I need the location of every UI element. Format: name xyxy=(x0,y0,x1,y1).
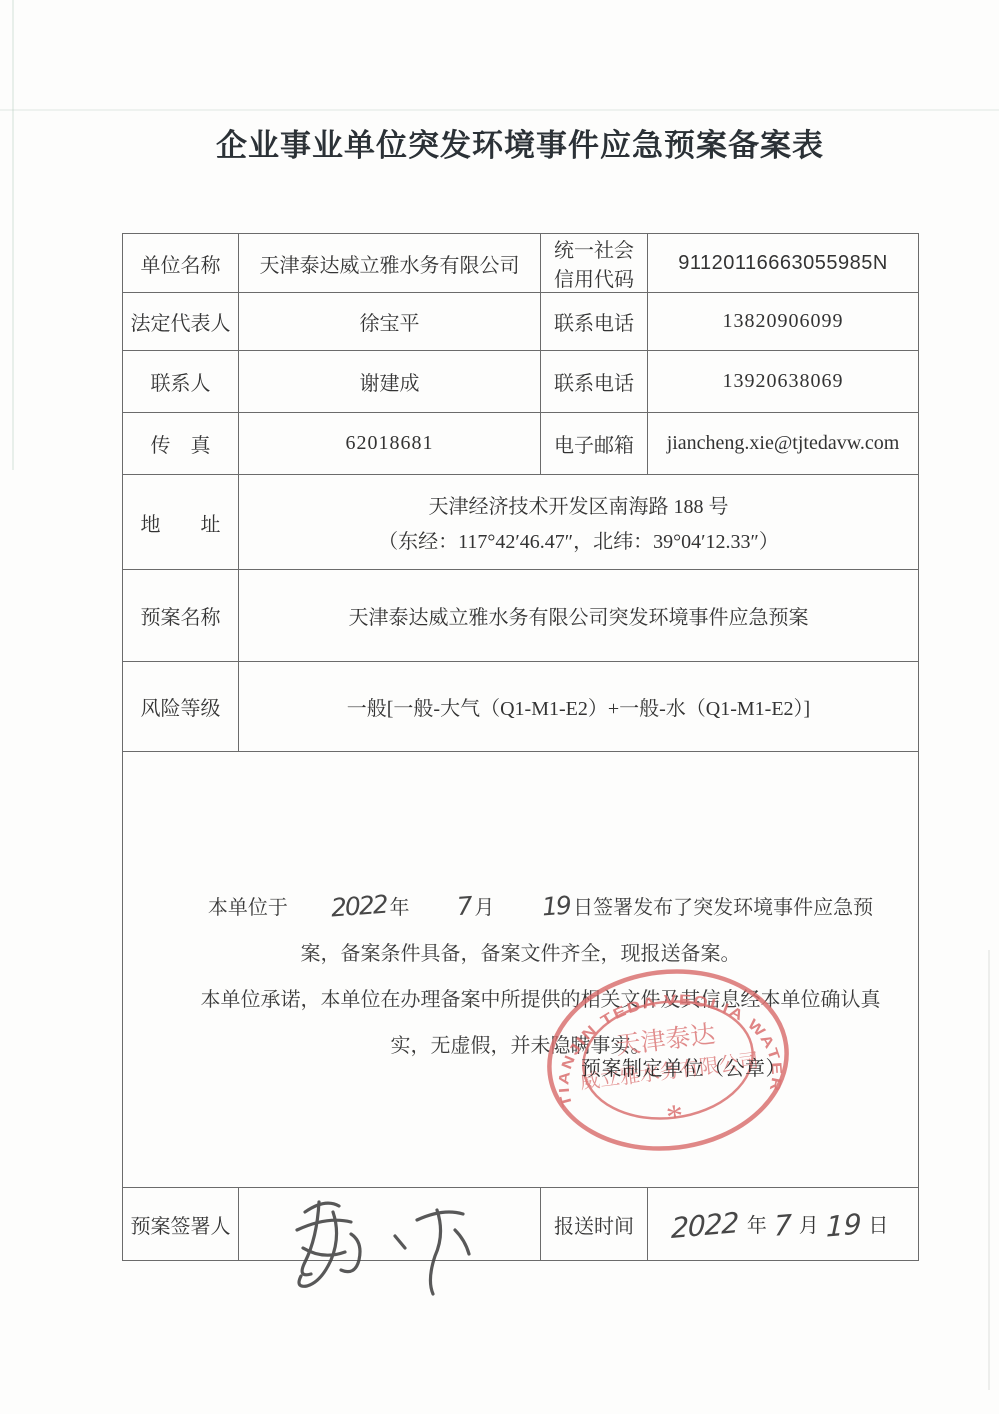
address-line2: （东经：117°42′46.47″，北纬：39°04′12.33″） xyxy=(243,525,914,554)
scan-edge-artifact-right xyxy=(988,950,990,1390)
declaration-cell: 本单位于2022年 7月 19日签署发布了突发环境事件应急预案，备案条件具备，备… xyxy=(123,752,919,1188)
risk-level-value: 一般[一般-大气（Q1-M1-E2）+一般-水（Q1-M1-E2）] xyxy=(239,662,919,752)
handwritten-day: 19 xyxy=(502,892,571,922)
fax-value: 62018681 xyxy=(239,413,541,475)
scan-fold-artifact-top xyxy=(0,109,999,111)
year-unit: 年 xyxy=(747,1215,767,1237)
table-row: 单位名称 天津泰达威立雅水务有限公司 统一社会信用代码 911201166630… xyxy=(123,234,919,293)
table-row: 地 址 天津经济技术开发区南海路 188 号 （东经：117°42′46.47″… xyxy=(123,475,919,570)
plan-name-label: 预案名称 xyxy=(123,570,239,662)
day-unit: 日 xyxy=(573,897,593,919)
table-row: 本单位于2022年 7月 19日签署发布了突发环境事件应急预案，备案条件具备，备… xyxy=(123,752,919,1188)
seal-caption: 预案制定单位（公章） xyxy=(581,1052,786,1081)
handwritten-signature-icon xyxy=(267,1190,517,1300)
handwritten-year: 2022 xyxy=(290,891,387,923)
credit-code-label: 统一社会信用代码 xyxy=(541,234,648,293)
table-row: 预案名称 天津泰达威立雅水务有限公司突发环境事件应急预案 xyxy=(123,570,919,662)
scan-edge-artifact-left xyxy=(12,0,14,470)
handwritten-month: 7 xyxy=(774,1211,792,1241)
risk-level-label: 风险等级 xyxy=(123,662,239,752)
phone-value-1: 13820906099 xyxy=(648,293,919,351)
legal-rep-value: 徐宝平 xyxy=(239,293,541,351)
seal-star-icon: * xyxy=(664,1098,685,1137)
handwritten-month: 7 xyxy=(417,893,473,922)
declaration-paragraph-2: 本单位承诺，本单位在办理备案中所提供的相关文件及其信息经本单位确认真实，无虚假，… xyxy=(127,977,914,1069)
address-line1: 天津经济技术开发区南海路 188 号 xyxy=(243,490,914,519)
declaration-text: 本单位于 xyxy=(208,897,288,919)
email-value: jiancheng.xie@tjtedavw.com xyxy=(648,413,919,475)
phone-label-1: 联系电话 xyxy=(541,293,648,351)
fax-label: 传 真 xyxy=(123,413,239,475)
email-label: 电子邮箱 xyxy=(541,413,648,475)
filing-form-table: 单位名称 天津泰达威立雅水务有限公司 统一社会信用代码 911201166630… xyxy=(122,233,919,1261)
submit-time-label: 报送时间 xyxy=(541,1188,648,1261)
day-unit: 日 xyxy=(868,1215,888,1237)
year-unit: 年 xyxy=(389,897,409,919)
credit-code-value: 91120116663055985N xyxy=(648,234,919,293)
table-row: 联系人 谢建成 联系电话 13920638069 xyxy=(123,351,919,413)
submit-date-cell: 2022年7月19日 xyxy=(648,1188,919,1261)
legal-rep-label: 法定代表人 xyxy=(123,293,239,351)
table-row: 风险等级 一般[一般-大气（Q1-M1-E2）+一般-水（Q1-M1-E2）] xyxy=(123,662,919,752)
contact-label: 联系人 xyxy=(123,351,239,413)
address-label: 地 址 xyxy=(123,475,239,570)
plan-name-value: 天津泰达威立雅水务有限公司突发环境事件应急预案 xyxy=(239,570,919,662)
table-row: 法定代表人 徐宝平 联系电话 13820906099 xyxy=(123,293,919,351)
phone-value-2: 13920638069 xyxy=(648,351,919,413)
address-value: 天津经济技术开发区南海路 188 号 （东经：117°42′46.47″，北纬：… xyxy=(239,475,919,570)
month-unit: 月 xyxy=(799,1215,819,1237)
phone-label-2: 联系电话 xyxy=(541,351,648,413)
unit-name-value: 天津泰达威立雅水务有限公司 xyxy=(239,234,541,293)
signature-cell xyxy=(239,1188,541,1261)
handwritten-day: 19 xyxy=(826,1210,862,1241)
table-row: 传 真 62018681 电子邮箱 jiancheng.xie@tjtedavw… xyxy=(123,413,919,475)
unit-name-label: 单位名称 xyxy=(123,234,239,293)
form-title: 企业事业单位突发环境事件应急预案备案表 xyxy=(122,120,918,165)
table-row: 预案签署人 报送时间 2022年7月19日 xyxy=(123,1188,919,1261)
month-unit: 月 xyxy=(474,897,494,919)
declaration-paragraph-1: 本单位于2022年 7月 19日签署发布了突发环境事件应急预案，备案条件具备，备… xyxy=(127,885,914,977)
signer-label: 预案签署人 xyxy=(123,1188,239,1261)
contact-value: 谢建成 xyxy=(239,351,541,413)
handwritten-year: 2022 xyxy=(671,1208,739,1242)
